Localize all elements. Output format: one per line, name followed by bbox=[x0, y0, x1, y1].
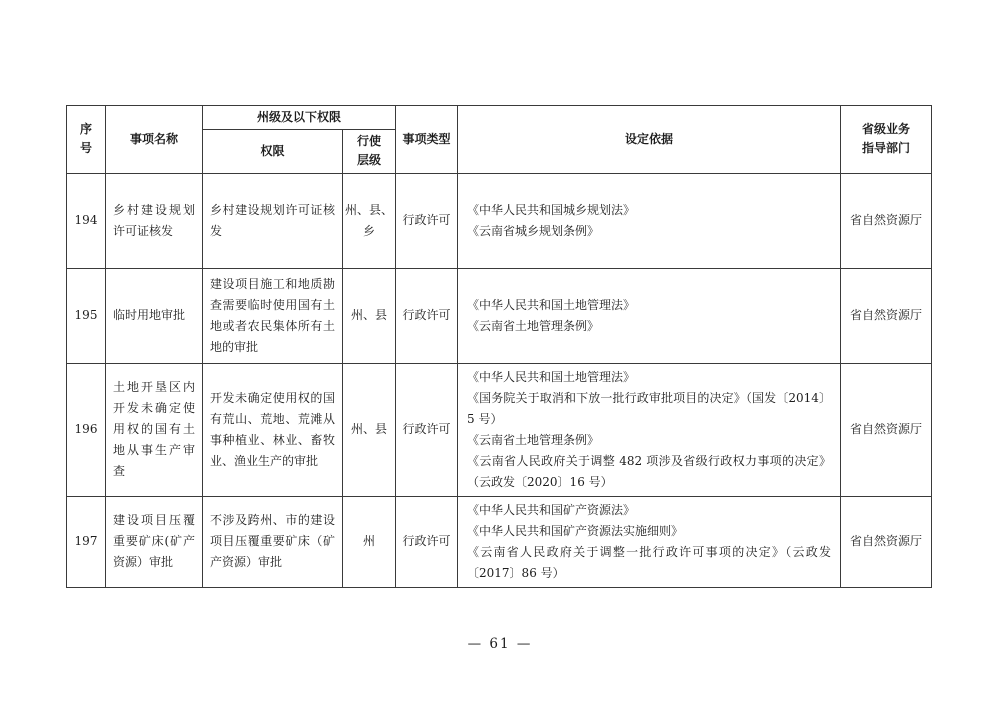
table-header-row-top: 序 号 事项名称 州级及以下权限 事项类型 设定依据 省级业务 指导部门 bbox=[67, 106, 932, 130]
cell-exercise-level: 州、县 bbox=[343, 268, 396, 363]
cell-item-type: 行政许可 bbox=[396, 173, 458, 268]
cell-item-type: 行政许可 bbox=[396, 268, 458, 363]
cell-serial: 197 bbox=[67, 496, 106, 587]
cell-dept: 省自然资源厅 bbox=[841, 173, 932, 268]
cell-exercise-level: 州、县 bbox=[343, 363, 396, 496]
table-row: 196 土地开垦区内开发未确定使用权的国有土地从事生产审查 开发未确定使用权的国… bbox=[67, 363, 932, 496]
col-header-prefecture-group: 州级及以下权限 bbox=[203, 106, 396, 130]
table-row: 194 乡村建设规划许可证核发 乡村建设规划许可证核发 州、县、 乡 行政许可 … bbox=[67, 173, 932, 268]
cell-serial: 195 bbox=[67, 268, 106, 363]
cell-authority: 开发未确定使用权的国有荒山、荒地、荒滩从事种植业、林业、畜牧业、渔业生产的审批 bbox=[203, 363, 343, 496]
cell-basis: 《中华人民共和国土地管理法》 《国务院关于取消和下放一批行政审批项目的决定》（国… bbox=[458, 363, 841, 496]
cell-exercise-level: 州、县、 乡 bbox=[343, 173, 396, 268]
col-header-serial: 序 号 bbox=[67, 106, 106, 174]
cell-dept: 省自然资源厅 bbox=[841, 268, 932, 363]
cell-item-type: 行政许可 bbox=[396, 363, 458, 496]
cell-item-type: 行政许可 bbox=[396, 496, 458, 587]
cell-item-name: 乡村建设规划许可证核发 bbox=[106, 173, 203, 268]
cell-authority: 不涉及跨州、市的建设项目压覆重要矿床（矿产资源）审批 bbox=[203, 496, 343, 587]
col-header-dept: 省级业务 指导部门 bbox=[841, 106, 932, 174]
cell-authority: 乡村建设规划许可证核发 bbox=[203, 173, 343, 268]
cell-exercise-level: 州 bbox=[343, 496, 396, 587]
cell-item-name: 建设项目压覆重要矿床(矿产资源）审批 bbox=[106, 496, 203, 587]
authority-items-table: 序 号 事项名称 州级及以下权限 事项类型 设定依据 省级业务 指导部门 权限 … bbox=[66, 105, 932, 588]
cell-basis: 《中华人民共和国城乡规划法》 《云南省城乡规划条例》 bbox=[458, 173, 841, 268]
col-header-item-type: 事项类型 bbox=[396, 106, 458, 174]
page-number: — 61 — bbox=[0, 636, 1000, 652]
table-row: 195 临时用地审批 建设项目施工和地质勘查需要临时使用国有土地或者农民集体所有… bbox=[67, 268, 932, 363]
cell-item-name: 土地开垦区内开发未确定使用权的国有土地从事生产审查 bbox=[106, 363, 203, 496]
cell-dept: 省自然资源厅 bbox=[841, 496, 932, 587]
cell-authority: 建设项目施工和地质勘查需要临时使用国有土地或者农民集体所有土地的审批 bbox=[203, 268, 343, 363]
cell-dept: 省自然资源厅 bbox=[841, 363, 932, 496]
col-header-basis: 设定依据 bbox=[458, 106, 841, 174]
col-header-authority: 权限 bbox=[203, 130, 343, 173]
cell-item-name: 临时用地审批 bbox=[106, 268, 203, 363]
table-row: 197 建设项目压覆重要矿床(矿产资源）审批 不涉及跨州、市的建设项目压覆重要矿… bbox=[67, 496, 932, 587]
cell-basis: 《中华人民共和国土地管理法》 《云南省土地管理条例》 bbox=[458, 268, 841, 363]
document-page: 序 号 事项名称 州级及以下权限 事项类型 设定依据 省级业务 指导部门 权限 … bbox=[0, 0, 1000, 707]
cell-serial: 196 bbox=[67, 363, 106, 496]
cell-serial: 194 bbox=[67, 173, 106, 268]
cell-basis: 《中华人民共和国矿产资源法》 《中华人民共和国矿产资源法实施细则》 《云南省人民… bbox=[458, 496, 841, 587]
col-header-item-name: 事项名称 bbox=[106, 106, 203, 174]
col-header-exercise-level: 行使 层级 bbox=[343, 130, 396, 173]
